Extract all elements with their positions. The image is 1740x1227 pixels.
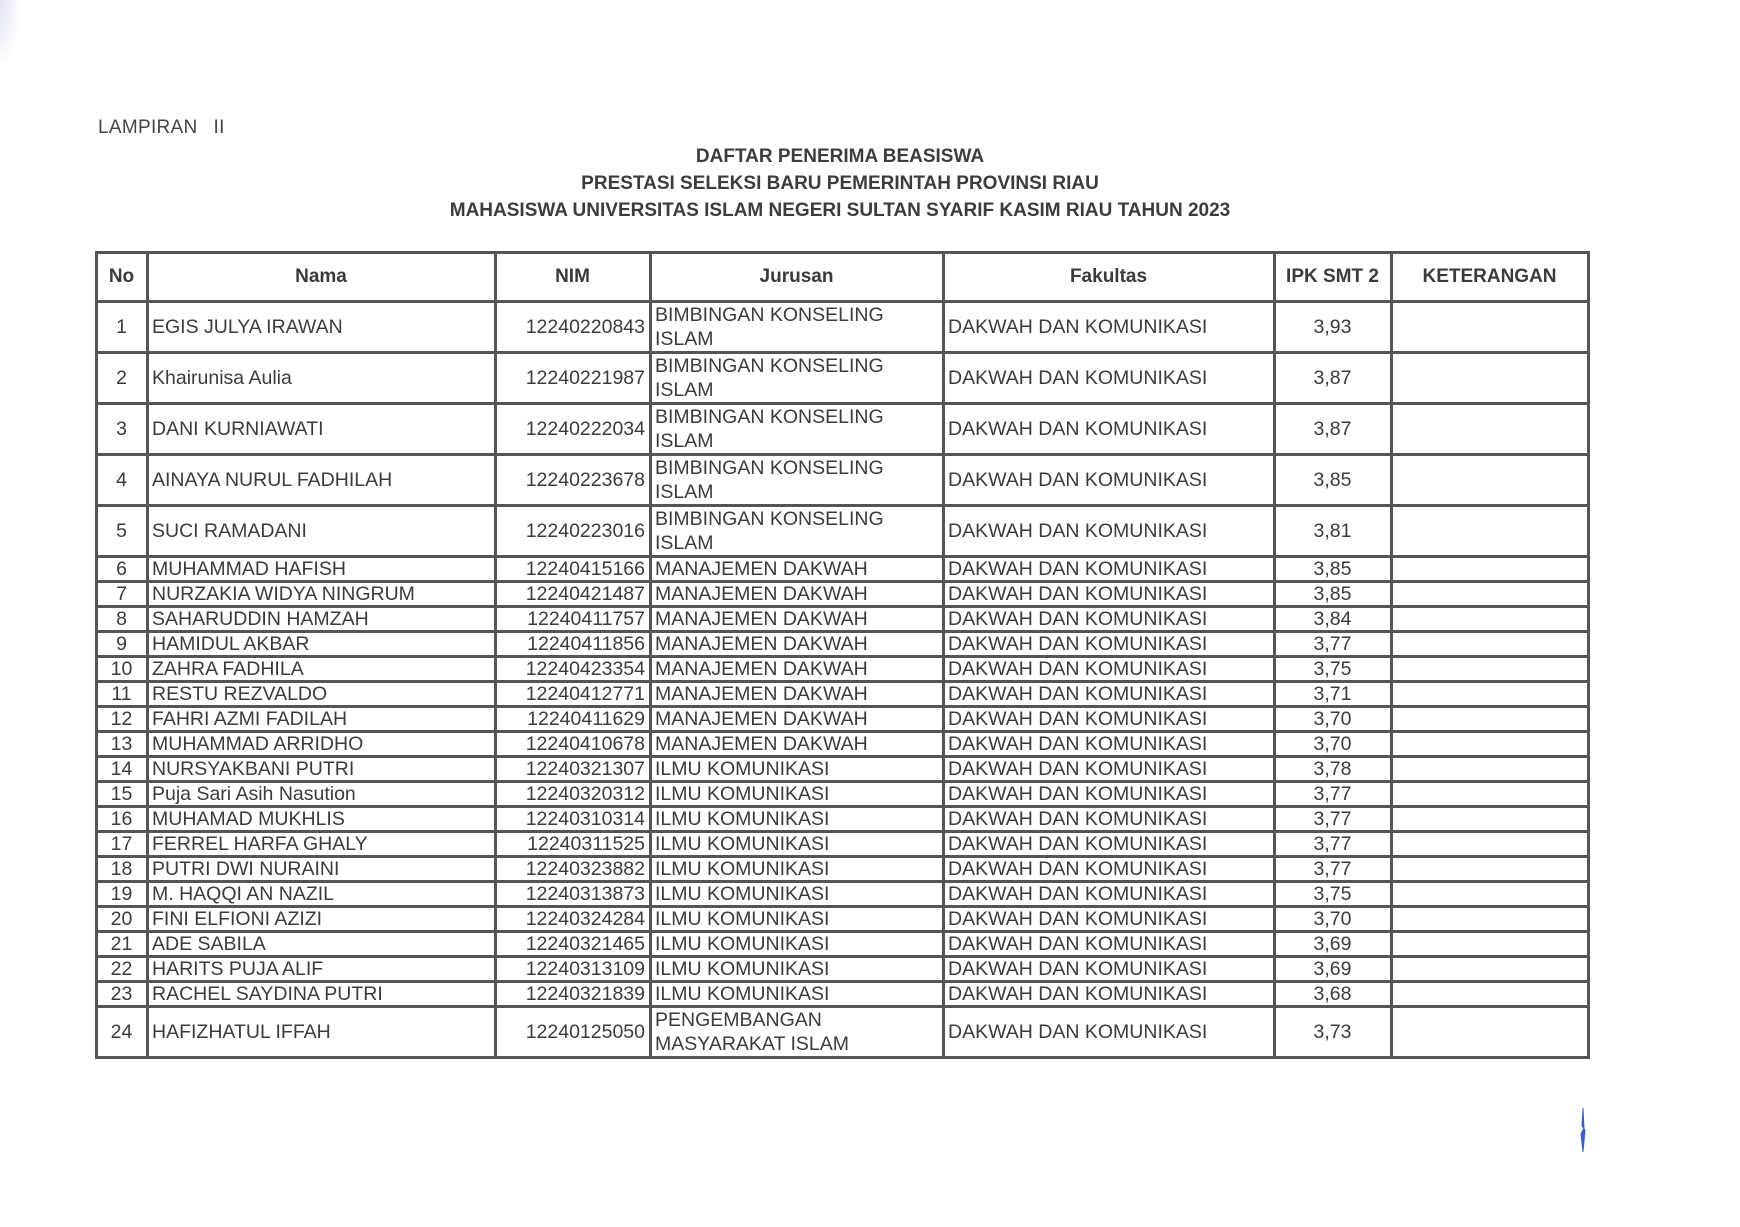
row-number: 14 [97, 757, 148, 782]
row-number: 12 [97, 707, 148, 732]
row-number: 21 [97, 932, 148, 957]
student-name: EGIS JULYA IRAWAN [148, 302, 496, 353]
table-row: 16MUHAMAD MUKHLIS12240310314ILMU KOMUNIK… [97, 807, 1589, 832]
row-number: 16 [97, 807, 148, 832]
student-major: ILMU KOMUNIKASI [651, 757, 944, 782]
student-faculty: DAKWAH DAN KOMUNIKASI [944, 632, 1275, 657]
student-gpa: 3,85 [1275, 582, 1392, 607]
student-faculty: DAKWAH DAN KOMUNIKASI [944, 932, 1275, 957]
student-nim: 12240223016 [496, 506, 651, 557]
row-number: 24 [97, 1007, 148, 1058]
col-header-jurusan: Jurusan [651, 253, 944, 302]
student-gpa: 3,70 [1275, 732, 1392, 757]
student-faculty: DAKWAH DAN KOMUNIKASI [944, 832, 1275, 857]
student-nim: 12240423354 [496, 657, 651, 682]
student-nim: 12240324284 [496, 907, 651, 932]
student-major: MANAJEMEN DAKWAH [651, 707, 944, 732]
student-gpa: 3,71 [1275, 682, 1392, 707]
student-name: ZAHRA FADHILA [148, 657, 496, 682]
student-gpa: 3,70 [1275, 707, 1392, 732]
student-remarks [1392, 882, 1589, 907]
student-remarks [1392, 607, 1589, 632]
student-gpa: 3,84 [1275, 607, 1392, 632]
student-name: M. HAQQI AN NAZIL [148, 882, 496, 907]
student-gpa: 3,77 [1275, 632, 1392, 657]
student-major: BIMBINGAN KONSELING ISLAM [651, 506, 944, 557]
student-major: BIMBINGAN KONSELING ISLAM [651, 302, 944, 353]
row-number: 10 [97, 657, 148, 682]
student-major: BIMBINGAN KONSELING ISLAM [651, 404, 944, 455]
student-major: ILMU KOMUNIKASI [651, 857, 944, 882]
student-name: PUTRI DWI NURAINI [148, 857, 496, 882]
student-remarks [1392, 682, 1589, 707]
student-nim: 12240311525 [496, 832, 651, 857]
student-faculty: DAKWAH DAN KOMUNIKASI [944, 957, 1275, 982]
student-name: NURZAKIA WIDYA NINGRUM [148, 582, 496, 607]
student-major: ILMU KOMUNIKASI [651, 832, 944, 857]
student-name: HARITS PUJA ALIF [148, 957, 496, 982]
student-remarks [1392, 857, 1589, 882]
col-header-keterangan: KETERANGAN [1392, 253, 1589, 302]
student-major: ILMU KOMUNIKASI [651, 907, 944, 932]
student-remarks [1392, 732, 1589, 757]
row-number: 20 [97, 907, 148, 932]
student-nim: 12240310314 [496, 807, 651, 832]
student-remarks [1392, 807, 1589, 832]
title-line-3: MAHASISWA UNIVERSITAS ISLAM NEGERI SULTA… [0, 197, 1680, 224]
student-nim: 12240323882 [496, 857, 651, 882]
row-number: 4 [97, 455, 148, 506]
student-faculty: DAKWAH DAN KOMUNIKASI [944, 404, 1275, 455]
student-gpa: 3,77 [1275, 807, 1392, 832]
student-gpa: 3,87 [1275, 353, 1392, 404]
student-major: ILMU KOMUNIKASI [651, 807, 944, 832]
student-name: RACHEL SAYDINA PUTRI [148, 982, 496, 1007]
student-faculty: DAKWAH DAN KOMUNIKASI [944, 302, 1275, 353]
row-number: 8 [97, 607, 148, 632]
student-major: ILMU KOMUNIKASI [651, 782, 944, 807]
student-nim: 12240313873 [496, 882, 651, 907]
row-number: 23 [97, 982, 148, 1007]
student-major: MANAJEMEN DAKWAH [651, 682, 944, 707]
row-number: 6 [97, 557, 148, 582]
student-major: ILMU KOMUNIKASI [651, 982, 944, 1007]
table-body: 1EGIS JULYA IRAWAN12240220843BIMBINGAN K… [97, 302, 1589, 1058]
row-number: 7 [97, 582, 148, 607]
row-number: 5 [97, 506, 148, 557]
student-nim: 12240221987 [496, 353, 651, 404]
attachment-label-text: LAMPIRAN [98, 117, 198, 138]
row-number: 17 [97, 832, 148, 857]
student-faculty: DAKWAH DAN KOMUNIKASI [944, 657, 1275, 682]
table-row: 20FINI ELFIONI AZIZI12240324284ILMU KOMU… [97, 907, 1589, 932]
student-major: MANAJEMEN DAKWAH [651, 657, 944, 682]
student-name: FERREL HARFA GHALY [148, 832, 496, 857]
title-line-2: PRESTASI SELEKSI BARU PEMERINTAH PROVINS… [0, 170, 1680, 197]
student-faculty: DAKWAH DAN KOMUNIKASI [944, 732, 1275, 757]
table-row: 4AINAYA NURUL FADHILAH12240223678BIMBING… [97, 455, 1589, 506]
student-faculty: DAKWAH DAN KOMUNIKASI [944, 682, 1275, 707]
student-name: Khairunisa Aulia [148, 353, 496, 404]
student-major: MANAJEMEN DAKWAH [651, 607, 944, 632]
student-remarks [1392, 582, 1589, 607]
table-row: 22HARITS PUJA ALIF12240313109ILMU KOMUNI… [97, 957, 1589, 982]
table-row: 5SUCI RAMADANI12240223016BIMBINGAN KONSE… [97, 506, 1589, 557]
row-number: 18 [97, 857, 148, 882]
student-faculty: DAKWAH DAN KOMUNIKASI [944, 757, 1275, 782]
student-remarks [1392, 982, 1589, 1007]
table-row: 7NURZAKIA WIDYA NINGRUM12240421487MANAJE… [97, 582, 1589, 607]
student-major: ILMU KOMUNIKASI [651, 957, 944, 982]
student-nim: 12240125050 [496, 1007, 651, 1058]
table-row: 10ZAHRA FADHILA12240423354MANAJEMEN DAKW… [97, 657, 1589, 682]
student-gpa: 3,75 [1275, 882, 1392, 907]
student-remarks [1392, 404, 1589, 455]
student-major: MANAJEMEN DAKWAH [651, 557, 944, 582]
student-gpa: 3,77 [1275, 857, 1392, 882]
student-nim: 12240320312 [496, 782, 651, 807]
table-row: 18PUTRI DWI NURAINI12240323882ILMU KOMUN… [97, 857, 1589, 882]
student-name: SAHARUDDIN HAMZAH [148, 607, 496, 632]
title-line-1: DAFTAR PENERIMA BEASISWA [0, 143, 1680, 170]
col-header-nim: NIM [496, 253, 651, 302]
table-row: 14NURSYAKBANI PUTRI12240321307ILMU KOMUN… [97, 757, 1589, 782]
student-name: ADE SABILA [148, 932, 496, 957]
student-remarks [1392, 455, 1589, 506]
student-name: MUHAMMAD ARRIDHO [148, 732, 496, 757]
table-row: 21ADE SABILA12240321465ILMU KOMUNIKASIDA… [97, 932, 1589, 957]
attachment-label: LAMPIRANII [98, 117, 225, 139]
student-remarks [1392, 506, 1589, 557]
student-remarks [1392, 632, 1589, 657]
student-name: HAMIDUL AKBAR [148, 632, 496, 657]
table-row: 3DANI KURNIAWATI12240222034BIMBINGAN KON… [97, 404, 1589, 455]
student-faculty: DAKWAH DAN KOMUNIKASI [944, 1007, 1275, 1058]
student-major: BIMBINGAN KONSELING ISLAM [651, 455, 944, 506]
student-faculty: DAKWAH DAN KOMUNIKASI [944, 807, 1275, 832]
student-nim: 12240222034 [496, 404, 651, 455]
student-nim: 12240421487 [496, 582, 651, 607]
student-remarks [1392, 757, 1589, 782]
student-gpa: 3,77 [1275, 782, 1392, 807]
student-name: RESTU REZVALDO [148, 682, 496, 707]
student-name: MUHAMAD MUKHLIS [148, 807, 496, 832]
student-gpa: 3,78 [1275, 757, 1392, 782]
col-header-fakultas: Fakultas [944, 253, 1275, 302]
student-gpa: 3,70 [1275, 907, 1392, 932]
student-remarks [1392, 302, 1589, 353]
student-nim: 12240321839 [496, 982, 651, 1007]
table-row: 13MUHAMMAD ARRIDHO12240410678MANAJEMEN D… [97, 732, 1589, 757]
student-nim: 12240415166 [496, 557, 651, 582]
student-gpa: 3,93 [1275, 302, 1392, 353]
student-remarks [1392, 782, 1589, 807]
student-gpa: 3,85 [1275, 557, 1392, 582]
student-faculty: DAKWAH DAN KOMUNIKASI [944, 607, 1275, 632]
student-nim: 12240410678 [496, 732, 651, 757]
row-number: 13 [97, 732, 148, 757]
student-major: MANAJEMEN DAKWAH [651, 632, 944, 657]
scan-artifact [0, 0, 22, 70]
student-name: Puja Sari Asih Nasution [148, 782, 496, 807]
row-number: 2 [97, 353, 148, 404]
table-row: 12FAHRI AZMI FADILAH12240411629MANAJEMEN… [97, 707, 1589, 732]
student-remarks [1392, 957, 1589, 982]
table-row: 19M. HAQQI AN NAZIL12240313873ILMU KOMUN… [97, 882, 1589, 907]
student-faculty: DAKWAH DAN KOMUNIKASI [944, 857, 1275, 882]
student-faculty: DAKWAH DAN KOMUNIKASI [944, 707, 1275, 732]
student-nim: 12240412771 [496, 682, 651, 707]
table-row: 17FERREL HARFA GHALY12240311525ILMU KOMU… [97, 832, 1589, 857]
table-row: 11RESTU REZVALDO12240412771MANAJEMEN DAK… [97, 682, 1589, 707]
student-gpa: 3,68 [1275, 982, 1392, 1007]
student-remarks [1392, 557, 1589, 582]
student-remarks [1392, 932, 1589, 957]
student-remarks [1392, 1007, 1589, 1058]
student-name: HAFIZHATUL IFFAH [148, 1007, 496, 1058]
student-gpa: 3,87 [1275, 404, 1392, 455]
student-faculty: DAKWAH DAN KOMUNIKASI [944, 882, 1275, 907]
row-number: 1 [97, 302, 148, 353]
student-remarks [1392, 907, 1589, 932]
table-row: 6MUHAMMAD HAFISH12240415166MANAJEMEN DAK… [97, 557, 1589, 582]
student-name: NURSYAKBANI PUTRI [148, 757, 496, 782]
student-faculty: DAKWAH DAN KOMUNIKASI [944, 353, 1275, 404]
student-name: FAHRI AZMI FADILAH [148, 707, 496, 732]
row-number: 15 [97, 782, 148, 807]
table-row: 2Khairunisa Aulia12240221987BIMBINGAN KO… [97, 353, 1589, 404]
table-row: 24HAFIZHATUL IFFAH12240125050PENGEMBANGA… [97, 1007, 1589, 1058]
student-remarks [1392, 657, 1589, 682]
student-gpa: 3,73 [1275, 1007, 1392, 1058]
student-major: PENGEMBANGAN MASYARAKAT ISLAM [651, 1007, 944, 1058]
table-row: 1EGIS JULYA IRAWAN12240220843BIMBINGAN K… [97, 302, 1589, 353]
student-remarks [1392, 707, 1589, 732]
student-faculty: DAKWAH DAN KOMUNIKASI [944, 782, 1275, 807]
student-gpa: 3,69 [1275, 957, 1392, 982]
student-major: MANAJEMEN DAKWAH [651, 732, 944, 757]
student-remarks [1392, 353, 1589, 404]
table-row: 23RACHEL SAYDINA PUTRI12240321839ILMU KO… [97, 982, 1589, 1007]
col-header-ipk: IPK SMT 2 [1275, 253, 1392, 302]
row-number: 22 [97, 957, 148, 982]
row-number: 19 [97, 882, 148, 907]
student-major: ILMU KOMUNIKASI [651, 932, 944, 957]
recipients-table: No Nama NIM Jurusan Fakultas IPK SMT 2 K… [95, 251, 1590, 1059]
student-name: FINI ELFIONI AZIZI [148, 907, 496, 932]
attachment-number: II [214, 117, 225, 138]
student-faculty: DAKWAH DAN KOMUNIKASI [944, 982, 1275, 1007]
student-name: AINAYA NURUL FADHILAH [148, 455, 496, 506]
student-name: SUCI RAMADANI [148, 506, 496, 557]
row-number: 11 [97, 682, 148, 707]
student-nim: 12240321465 [496, 932, 651, 957]
table-header-row: No Nama NIM Jurusan Fakultas IPK SMT 2 K… [97, 253, 1589, 302]
student-faculty: DAKWAH DAN KOMUNIKASI [944, 582, 1275, 607]
student-name: MUHAMMAD HAFISH [148, 557, 496, 582]
student-nim: 12240411629 [496, 707, 651, 732]
student-gpa: 3,69 [1275, 932, 1392, 957]
student-gpa: 3,75 [1275, 657, 1392, 682]
student-nim: 12240223678 [496, 455, 651, 506]
col-header-no: No [97, 253, 148, 302]
student-major: MANAJEMEN DAKWAH [651, 582, 944, 607]
student-gpa: 3,81 [1275, 506, 1392, 557]
student-faculty: DAKWAH DAN KOMUNIKASI [944, 455, 1275, 506]
table-row: 15Puja Sari Asih Nasution12240320312ILMU… [97, 782, 1589, 807]
table-row: 9HAMIDUL AKBAR12240411856MANAJEMEN DAKWA… [97, 632, 1589, 657]
handwritten-initial-icon [1578, 1108, 1588, 1152]
row-number: 3 [97, 404, 148, 455]
student-faculty: DAKWAH DAN KOMUNIKASI [944, 506, 1275, 557]
document-title: DAFTAR PENERIMA BEASISWA PRESTASI SELEKS… [0, 143, 1680, 224]
table-row: 8SAHARUDDIN HAMZAH12240411757MANAJEMEN D… [97, 607, 1589, 632]
col-header-nama: Nama [148, 253, 496, 302]
student-major: ILMU KOMUNIKASI [651, 882, 944, 907]
student-gpa: 3,77 [1275, 832, 1392, 857]
row-number: 9 [97, 632, 148, 657]
student-nim: 12240411856 [496, 632, 651, 657]
student-nim: 12240220843 [496, 302, 651, 353]
student-nim: 12240411757 [496, 607, 651, 632]
student-faculty: DAKWAH DAN KOMUNIKASI [944, 907, 1275, 932]
student-faculty: DAKWAH DAN KOMUNIKASI [944, 557, 1275, 582]
student-name: DANI KURNIAWATI [148, 404, 496, 455]
student-gpa: 3,85 [1275, 455, 1392, 506]
student-nim: 12240321307 [496, 757, 651, 782]
student-major: BIMBINGAN KONSELING ISLAM [651, 353, 944, 404]
student-nim: 12240313109 [496, 957, 651, 982]
student-remarks [1392, 832, 1589, 857]
